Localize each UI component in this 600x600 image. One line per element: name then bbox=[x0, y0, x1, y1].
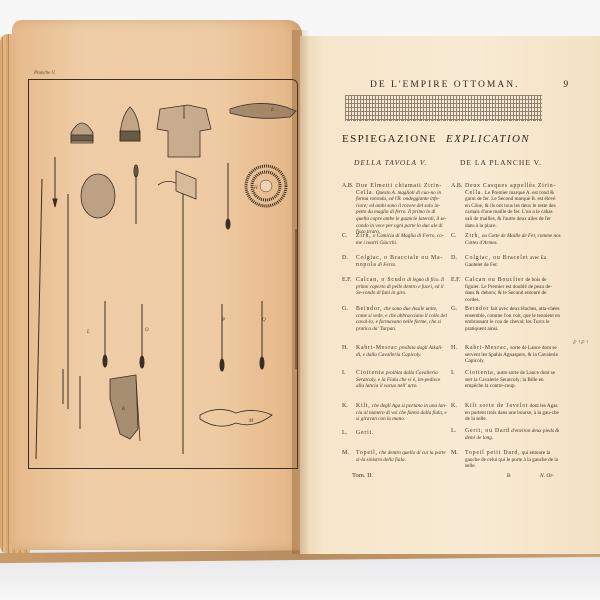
helmet-icon bbox=[71, 123, 93, 143]
heading-french: EXPLICATION bbox=[446, 133, 530, 145]
entry-it-g: G. Beindor, che sono due Assile unite, c… bbox=[342, 306, 447, 332]
entry-fr-ab: A.B. Deux Casques appellés Zirin-Cella. … bbox=[451, 183, 561, 229]
entry-fr-d: D. Colgiac, ou Bracelet avec Ea Gantelet… bbox=[451, 255, 561, 268]
figure-label: P bbox=[222, 318, 225, 323]
entry-fr-c: C. Zirh, ou Cotte de Maille de Fer, comm… bbox=[451, 233, 561, 246]
entry-fr-i: I. Cioitenta, autre sorte de Lance dont … bbox=[451, 370, 561, 390]
subheading-french: DE LA PLANCHE V. bbox=[460, 158, 542, 167]
figure-label: K bbox=[122, 407, 125, 412]
shield-icon bbox=[81, 174, 115, 218]
figure-label: M bbox=[249, 419, 253, 424]
entry-it-ab: A.B. Due Elmetti chiamati Zirin-Cella. Q… bbox=[342, 183, 447, 236]
entry-fr-ef: E.F. Calcan ou Bouclier de bois de figui… bbox=[451, 277, 561, 303]
heading-italian: ESPIEGAZIONE bbox=[342, 133, 437, 145]
entry-fr-g: G. Beindor fait avec deux Haches, atta-c… bbox=[451, 306, 561, 332]
entry-fr-h: H. Kabri-Mesrac, sorte de Lance dont se … bbox=[451, 345, 561, 365]
lances bbox=[36, 157, 296, 459]
entry-fr-l: L. Gerit, ou Dard d'environ deux pieds &… bbox=[451, 428, 561, 441]
figure-label: E bbox=[271, 108, 274, 113]
entry-it-k: K. Kilt, che degli Aga si portano in una… bbox=[342, 403, 447, 423]
round-shield-icon bbox=[246, 166, 286, 206]
mail-shirt-icon bbox=[157, 105, 211, 157]
figure-label: O bbox=[145, 328, 149, 333]
bow-icon bbox=[200, 409, 272, 426]
entry-it-m: M. Topeil, che dentro quello di cui la p… bbox=[342, 450, 447, 463]
vambrace-icon bbox=[230, 103, 296, 118]
subheading-italian: DELLA TAVOLA V. bbox=[354, 158, 427, 167]
entry-it-i: I. Cioitenta proibita dalla Cavalleria S… bbox=[342, 370, 447, 390]
entry-fr-m: M. Topeil petit Dard, qui entoure la gau… bbox=[451, 450, 561, 470]
entry-it-l: L. Gerit. bbox=[342, 430, 447, 437]
ornamental-band bbox=[345, 95, 542, 121]
figure-label: L bbox=[87, 330, 90, 335]
pointed-helmet-icon bbox=[120, 107, 140, 141]
tome-number: Tom. II. bbox=[352, 472, 373, 479]
figure-label: H bbox=[254, 186, 258, 191]
entry-it-c: C. Zirh, o Camicia di Maglia di Ferro, c… bbox=[342, 233, 447, 246]
plate-label: Planche V. bbox=[34, 71, 55, 76]
handwritten-margin-note: ꝑ ꝛ ꝑ ꝛ bbox=[573, 339, 588, 345]
entry-fr-k: K. Kilt sorte de Javelot dont les Agas e… bbox=[451, 403, 561, 423]
running-head-title: DE L'EMPIRE OTTOMAN. bbox=[370, 80, 519, 90]
entry-it-h: H. Kabri-Mesrac proibita dagli Aikali-di… bbox=[342, 345, 447, 358]
entry-it-d: D. Colgiac, o Bracciale ou Ma-nopola di … bbox=[342, 255, 447, 268]
signature-mark: B bbox=[507, 473, 511, 479]
book-gutter bbox=[292, 30, 310, 554]
page-number: 9 bbox=[563, 80, 570, 90]
open-book: Planche V. bbox=[0, 0, 600, 600]
stirrup-icon bbox=[158, 171, 196, 199]
catchword: N. Or- bbox=[540, 473, 554, 479]
engraving-illustrations bbox=[28, 79, 298, 469]
entry-it-ef: E.F. Calcan, o Scudo di legno di fico. I… bbox=[342, 277, 447, 297]
figure-label: Q bbox=[262, 318, 266, 323]
